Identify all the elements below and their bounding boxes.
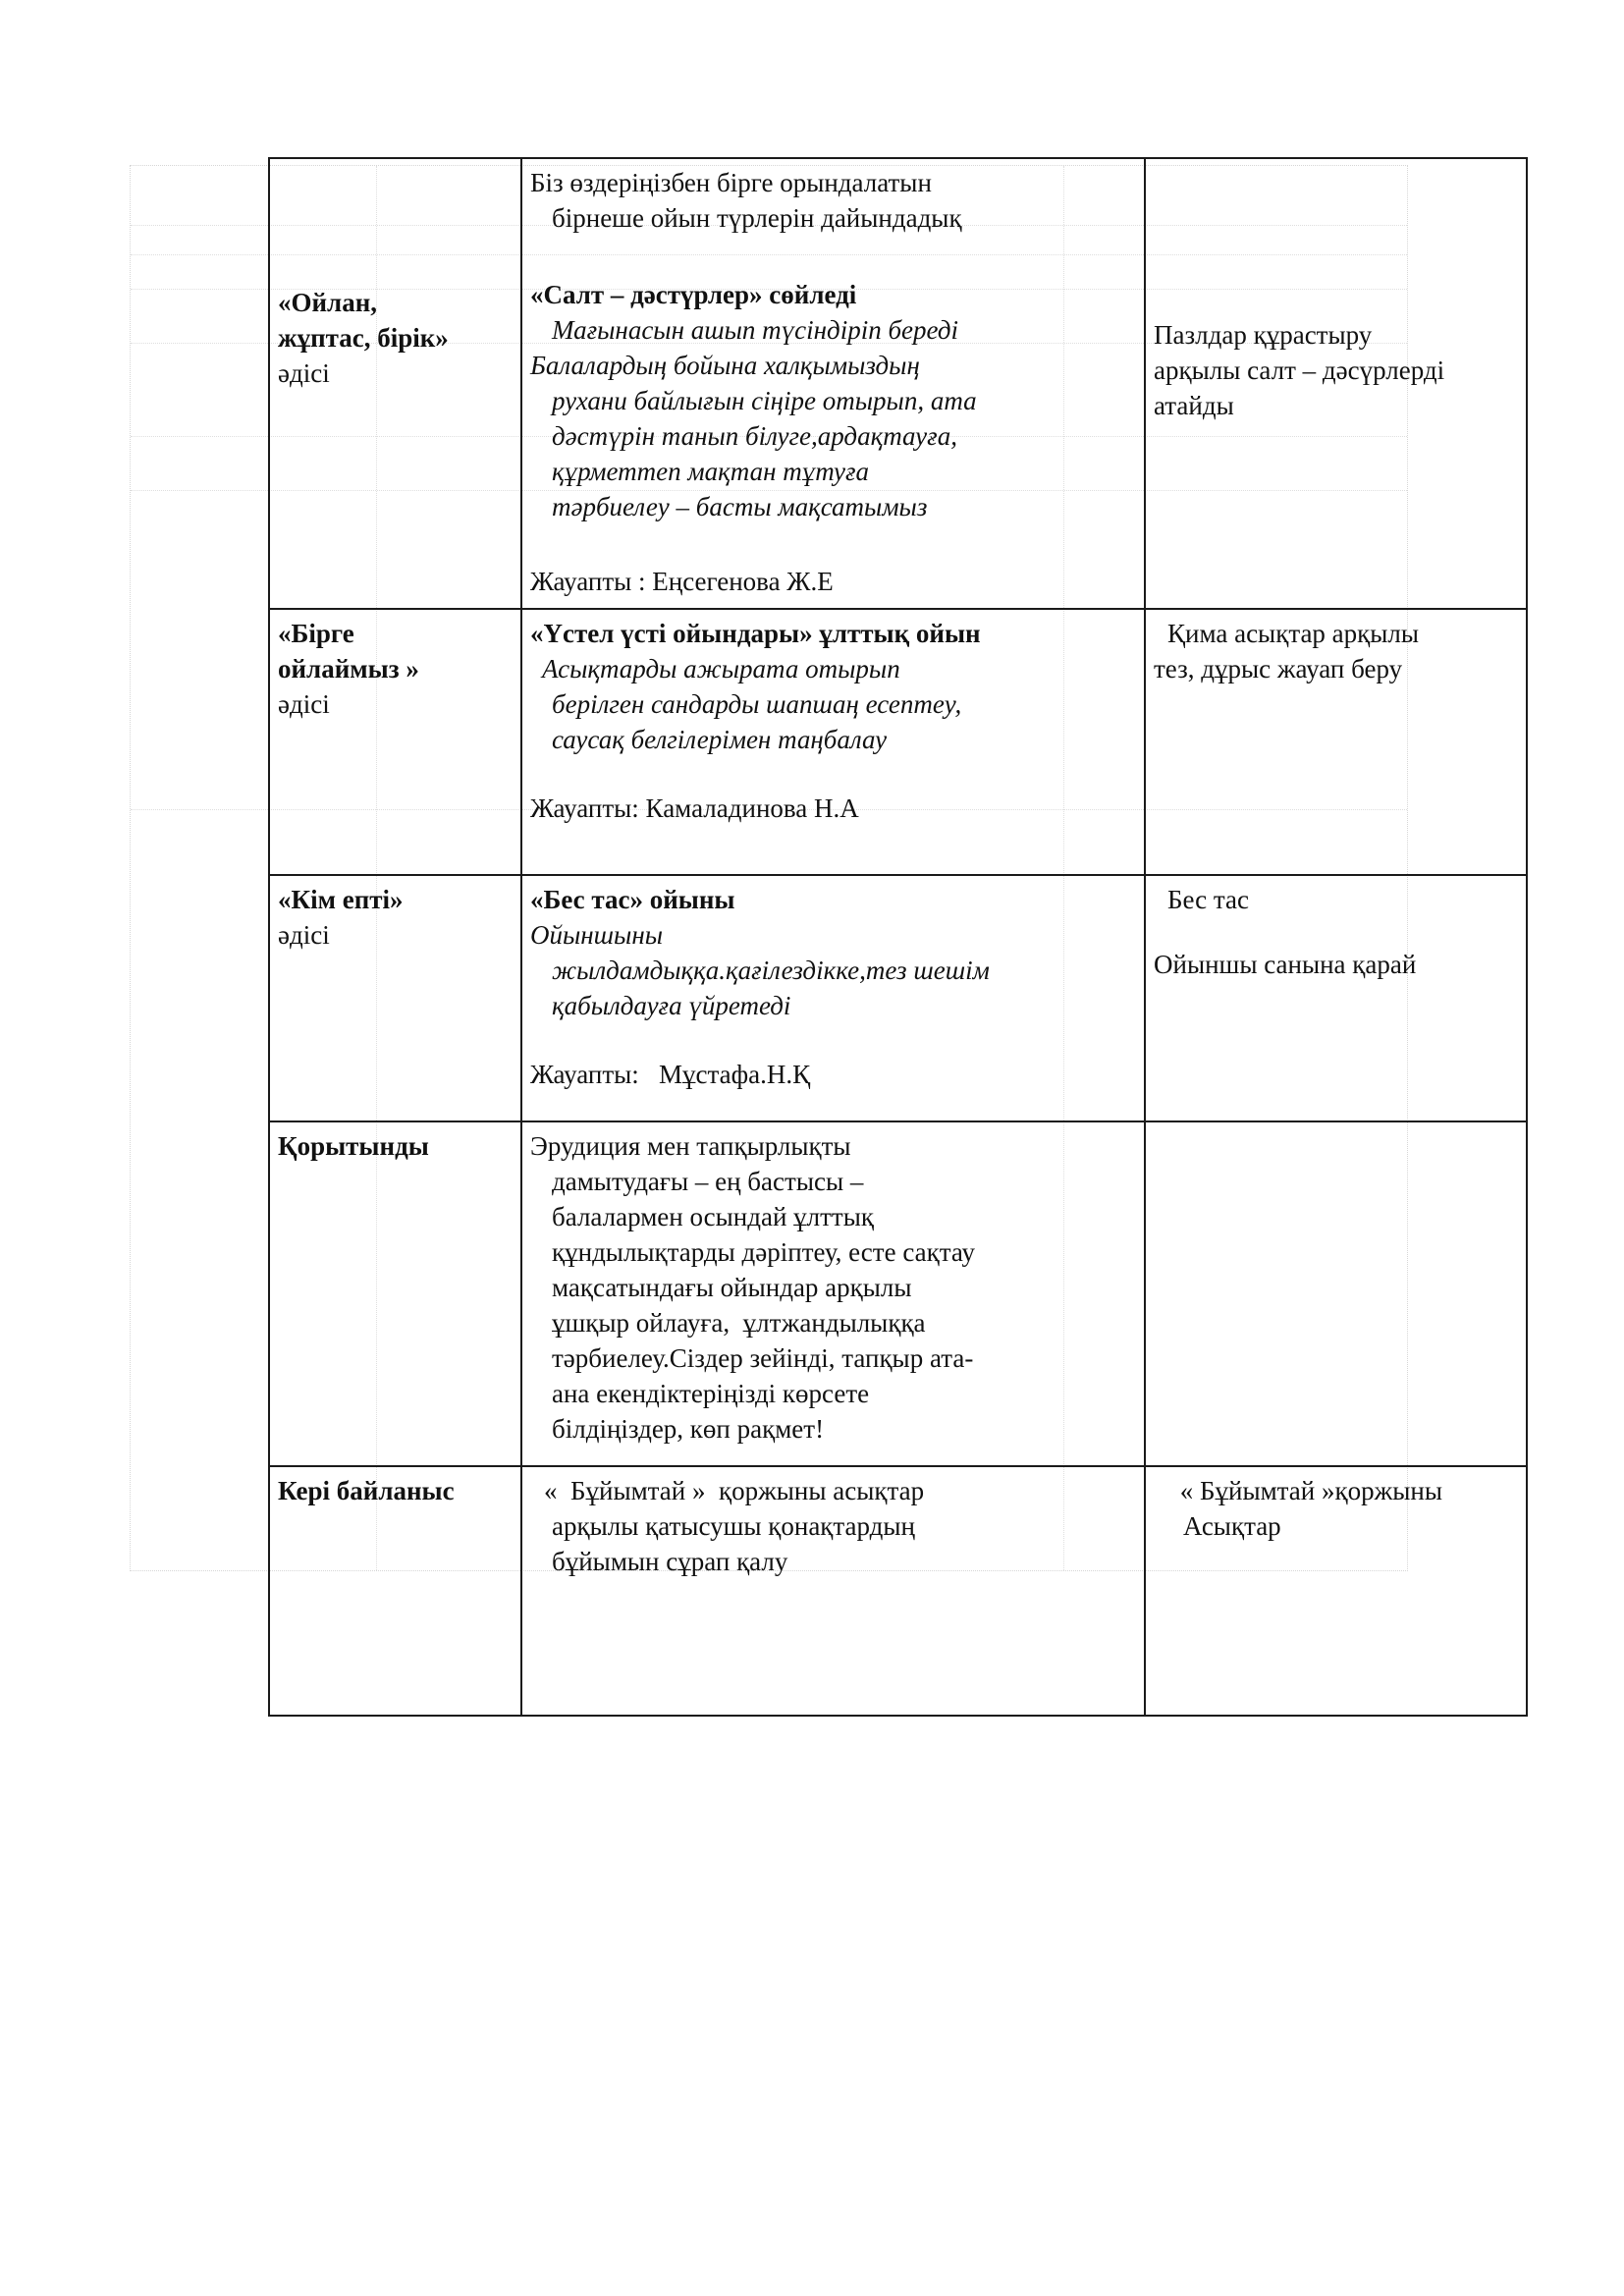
content-cell: « Бұйымтай » қоржыны асықтар арқылы қаты… [521,1466,1145,1716]
game-title: «Үстел үсті ойындары» ұлттық ойын [530,616,1134,651]
resource-text: арқылы салт – дәсүрлерді [1154,353,1516,388]
resource-text: Қима асықтар арқылы [1154,616,1516,651]
game-description: саусақ белгілерімен таңбалау [530,722,1134,757]
game-description: Ойыншыны [530,917,1134,953]
method-title: Қорытынды [278,1128,511,1164]
resources-cell [1145,1121,1527,1466]
activity-plan-table: «Ойлан, жұптас, бірік» әдісі Біз өздерің… [268,157,1528,1717]
conclusion-text: Эрудиция мен тапқырлықты [530,1128,1134,1164]
method-title: жұптас, бірік» [278,320,511,355]
method-suffix: әдісі [278,355,511,391]
resource-text: Бес тас [1154,882,1516,917]
game-description: тәрбиелеу – басты мақсатымыз [530,489,1134,524]
resources-cell: Пазлдар құрастыру арқылы салт – дәсүрлер… [1145,158,1527,609]
method-cell: Кері байланыс [269,1466,521,1716]
game-title: «Салт – дәстүрлер» сөйледі [530,277,1134,312]
feedback-text: « Бұйымтай » қоржыны асықтар [530,1473,1134,1508]
method-cell: Қорытынды [269,1121,521,1466]
game-description: рухани байлығын сіңіре отырып, ата [530,383,1134,418]
method-cell: «Ойлан, жұптас, бірік» әдісі [269,158,521,609]
table-row: Кері байланыс « Бұйымтай » қоржыны асықт… [269,1466,1527,1716]
intro-text: Біз өздеріңізбен бірге орындалатын [530,165,1134,200]
feedback-text: арқылы қатысушы қонақтардың [530,1508,1134,1544]
resource-text: Ойыншы санына қарай [1154,947,1516,982]
responsible-person: Жауапты: Камаладинова Н.А [530,791,1134,826]
content-cell: «Үстел үсті ойындары» ұлттық ойын Асықта… [521,609,1145,875]
conclusion-text: тәрбиелеу.Сіздер зейінді, тапқыр ата- [530,1340,1134,1376]
method-cell: «Бірге ойлаймыз » әдісі [269,609,521,875]
game-description: қабылдауға үйретеді [530,988,1134,1023]
table-row: «Бірге ойлаймыз » әдісі «Үстел үсті ойын… [269,609,1527,875]
responsible-person: Жауапты: Мұстафа.Н.Қ [530,1057,1134,1092]
conclusion-text: ана екендіктеріңізді көрсете [530,1376,1134,1411]
method-title: Кері байланыс [278,1473,511,1508]
resource-text: Асықтар [1154,1508,1516,1544]
method-title: «Бірге [278,616,511,651]
conclusion-text: білдіңіздер, көп рақмет! [530,1411,1134,1447]
game-description: Асықтарды ажырата отырып [530,651,1134,686]
intro-text: бірнеше ойын түрлерін дайындадық [530,200,1134,236]
game-description: Балалардың бойына халқымыздың [530,348,1134,383]
feedback-text: бұйымын сұрап қалу [530,1544,1134,1579]
content-cell: Эрудиция мен тапқырлықты дамытудағы – ең… [521,1121,1145,1466]
method-title: «Кім епті» [278,882,511,917]
conclusion-text: құндылықтарды дәріптеу, есте сақтау [530,1234,1134,1270]
game-description: құрметтеп мақтан тұтуға [530,454,1134,489]
method-title: ойлаймыз » [278,651,511,686]
conclusion-text: мақсатындағы ойындар арқылы [530,1270,1134,1305]
conclusion-text: дамытудағы – ең бастысы – [530,1164,1134,1199]
game-description: дәстүрін танып білуге,ардақтауға, [530,418,1134,454]
method-suffix: әдісі [278,686,511,722]
resource-text: Пазлдар құрастыру [1154,317,1516,353]
content-cell: Біз өздеріңізбен бірге орындалатын бірне… [521,158,1145,609]
game-description: берілген сандарды шапшаң есептеу, [530,686,1134,722]
table-row: Қорытынды Эрудиция мен тапқырлықты дамыт… [269,1121,1527,1466]
method-suffix: әдісі [278,917,511,953]
resources-cell: Бес тас Ойыншы санына қарай [1145,875,1527,1121]
game-description: Мағынасын ашып түсіндіріп береді [530,312,1134,348]
conclusion-text: балалармен осындай ұлттық [530,1199,1134,1234]
method-cell: «Кім епті» әдісі [269,875,521,1121]
resource-text: « Бұйымтай »қоржыны [1154,1473,1516,1508]
resource-text: атайды [1154,388,1516,423]
resources-cell: Қима асықтар арқылы тез, дұрыс жауап бер… [1145,609,1527,875]
resources-cell: « Бұйымтай »қоржыны Асықтар [1145,1466,1527,1716]
table-row: «Кім епті» әдісі «Бес тас» ойыны Ойыншын… [269,875,1527,1121]
resource-text: тез, дұрыс жауап беру [1154,651,1516,686]
game-description: жылдамдыққа.қағілездікке,тез шешім [530,953,1134,988]
responsible-person: Жауапты : Еңсегенова Ж.Е [530,564,1134,599]
table-row: «Ойлан, жұптас, бірік» әдісі Біз өздерің… [269,158,1527,609]
method-title: «Ойлан, [278,285,511,320]
content-cell: «Бес тас» ойыны Ойыншыны жылдамдыққа.қағ… [521,875,1145,1121]
game-title: «Бес тас» ойыны [530,882,1134,917]
conclusion-text: ұшқыр ойлауға, ұлтжандылыққа [530,1305,1134,1340]
